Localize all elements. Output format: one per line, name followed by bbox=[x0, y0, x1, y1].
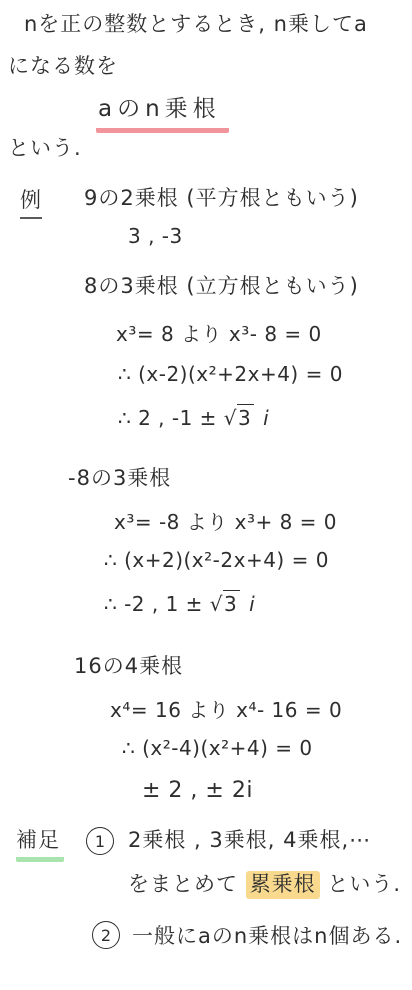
example3-title: -8の3乗根 bbox=[68, 462, 171, 492]
supplement1-line1: 2乗根 , 3乗根, 4乗根,⋯ bbox=[128, 824, 371, 854]
example3-roots: ∴ -2 , 1 ± √3 i bbox=[104, 592, 255, 616]
example-label-line: 例 bbox=[20, 184, 42, 219]
example1-roots: 3 , -3 bbox=[128, 224, 183, 248]
radicand: 3 bbox=[223, 590, 240, 616]
supplement-label: 補足 bbox=[16, 824, 64, 862]
circled-number-2: 2 bbox=[92, 921, 120, 949]
highlighted-term-ruijokon: 累乗根 bbox=[246, 871, 320, 899]
supplement-label-line: 補足 bbox=[16, 824, 64, 862]
radical-sign: √ bbox=[224, 406, 237, 430]
example3-step2: ∴ (x+2)(x²-2x+4) = 0 bbox=[104, 548, 329, 572]
intro-line-1: nを正の整数とするとき, n乗してa bbox=[24, 8, 368, 38]
example4-step1: x⁴= 16 より x⁴- 16 = 0 bbox=[110, 694, 342, 723]
example2-roots-prefix: ∴ 2 , -1 ± bbox=[118, 406, 217, 430]
example4-title: 16の4乗根 bbox=[74, 650, 183, 680]
intro-line-3: という. bbox=[8, 132, 82, 162]
example2-title: 8の3乗根 (立方根ともいう) bbox=[84, 270, 359, 300]
radicand: 3 bbox=[237, 404, 254, 430]
example4-roots: ± 2 , ± 2i bbox=[142, 778, 253, 803]
imaginary-unit: i bbox=[247, 592, 255, 616]
supplement2-text: 一般にaのn乗根はn個ある. bbox=[132, 920, 402, 950]
imaginary-unit: i bbox=[261, 406, 269, 430]
example-label: 例 bbox=[20, 184, 42, 219]
term-a-no-n-jokon: aのn乗根 bbox=[96, 90, 229, 133]
example3-roots-prefix: ∴ -2 , 1 ± bbox=[104, 592, 203, 616]
example3-step1: x³= -8 より x³+ 8 = 0 bbox=[114, 506, 337, 535]
supplement1-line2-prefix: をまとめて bbox=[128, 872, 238, 896]
example2-step2: ∴ (x-2)(x²+2x+4) = 0 bbox=[118, 362, 343, 386]
example2-roots: ∴ 2 , -1 ± √3 i bbox=[118, 406, 269, 430]
radical-sign: √ bbox=[210, 592, 223, 616]
example4-step2: ∴ (x²-4)(x²+4) = 0 bbox=[122, 736, 313, 760]
handwritten-note-page: nを正の整数とするとき, n乗してa になる数を aのn乗根 という. 例 9の… bbox=[0, 0, 412, 990]
term-line: aのn乗根 bbox=[96, 90, 229, 133]
example2-step1: x³= 8 より x³- 8 = 0 bbox=[116, 318, 322, 347]
supplement1-line2: をまとめて 累乗根 という. bbox=[128, 868, 401, 898]
supplement1-line2-suffix: という. bbox=[327, 872, 401, 896]
circled-number-1: 1 bbox=[86, 827, 114, 855]
intro-line-2: になる数を bbox=[8, 50, 118, 80]
example1-title: 9の2乗根 (平方根ともいう) bbox=[84, 182, 359, 212]
